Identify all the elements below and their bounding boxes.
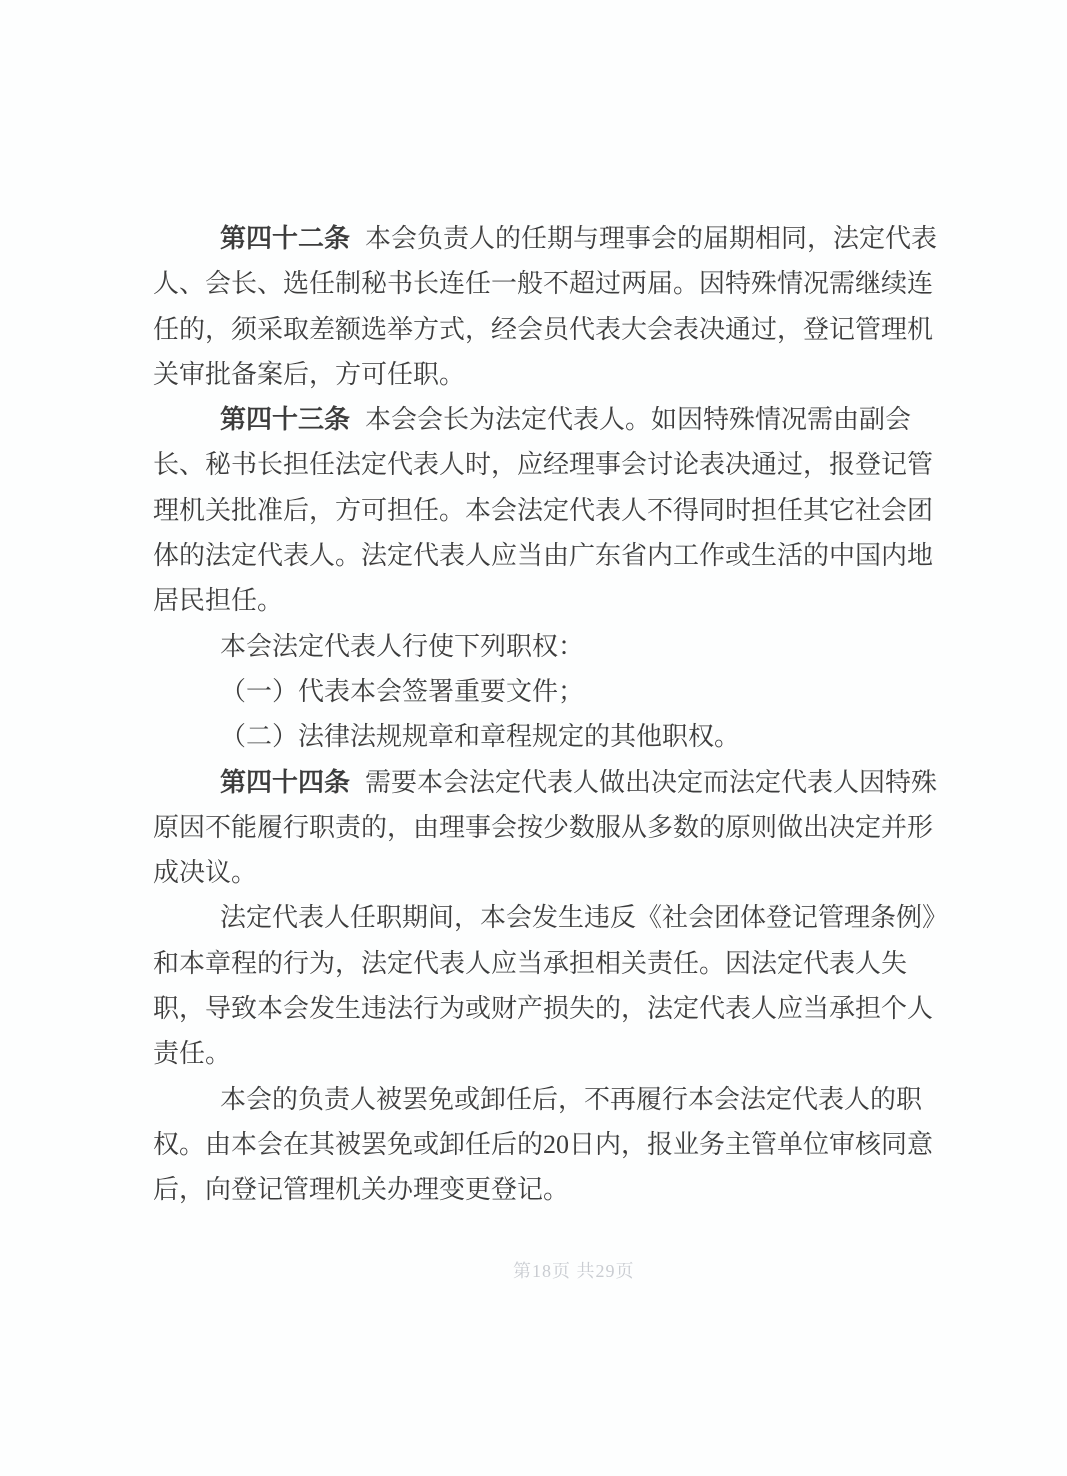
text-line: 职，导致本会发生违法行为或财产损失的，法定代表人应当承担个人 — [153, 986, 933, 1031]
text-line: 原因不能履行职责的，由理事会按少数服从多数的原则做出决定并形 — [153, 805, 933, 850]
page-footer: 第18页 共29页 — [513, 1259, 635, 1283]
article-number: 第四十四条 — [220, 768, 350, 797]
paragraph-removal: 本会的负责人被罢免或卸任后，不再履行本会法定代表人的职权。由本会在其被罢免或卸任… — [153, 1077, 933, 1213]
text-line: 第四十四条需要本会法定代表人做出决定而法定代表人因特殊 — [153, 760, 933, 805]
text-line: 责任。 — [153, 1031, 933, 1076]
document-body: 第四十二条本会负责人的任期与理事会的届期相同，法定代表人、会长、选任制秘书长连任… — [153, 216, 933, 1213]
text-line: 后，向登记管理机关办理变更登记。 — [153, 1167, 933, 1212]
paragraph-article-42: 第四十二条本会负责人的任期与理事会的届期相同，法定代表人、会长、选任制秘书长连任… — [153, 216, 933, 397]
text-line: 任的，须采取差额选举方式，经会员代表大会表决通过，登记管理机 — [153, 307, 933, 352]
page-number-label: 第18页 共29页 — [513, 1261, 635, 1281]
paragraph-powers-intro: 本会法定代表人行使下列职权： — [153, 624, 933, 669]
article-number: 第四十三条 — [220, 405, 350, 434]
text-line: 理机关批准后，方可担任。本会法定代表人不得同时担任其它社会团 — [153, 488, 933, 533]
text-line: 成决议。 — [153, 850, 933, 895]
text-line: 人、会长、选任制秘书长连任一般不超过两届。因特殊情况需继续连 — [153, 261, 933, 306]
paragraph-article-43: 第四十三条本会会长为法定代表人。如因特殊情况需由副会长、秘书长担任法定代表人时，… — [153, 397, 933, 623]
document-page: 第四十二条本会负责人的任期与理事会的届期相同，法定代表人、会长、选任制秘书长连任… — [0, 0, 1067, 1476]
text-line: 第四十三条本会会长为法定代表人。如因特殊情况需由副会 — [153, 397, 933, 442]
paragraph-power-item-1: （一）代表本会签署重要文件； — [153, 669, 933, 714]
text-line: 第四十二条本会负责人的任期与理事会的届期相同，法定代表 — [153, 216, 933, 261]
article-number: 第四十二条 — [220, 224, 350, 253]
text-line: （二）法律法规规章和章程规定的其他职权。 — [153, 714, 933, 759]
text-line: 法定代表人任职期间，本会发生违反《社会团体登记管理条例》 — [153, 895, 933, 940]
paragraph-liability: 法定代表人任职期间，本会发生违反《社会团体登记管理条例》和本章程的行为，法定代表… — [153, 895, 933, 1076]
text-line: 本会法定代表人行使下列职权： — [153, 624, 933, 669]
text-line: 权。由本会在其被罢免或卸任后的20日内，报业务主管单位审核同意 — [153, 1122, 933, 1167]
text-line: 长、秘书长担任法定代表人时，应经理事会讨论表决通过，报登记管 — [153, 442, 933, 487]
text-line: 居民担任。 — [153, 578, 933, 623]
text-line: 本会的负责人被罢免或卸任后，不再履行本会法定代表人的职 — [153, 1077, 933, 1122]
text-line: 体的法定代表人。法定代表人应当由广东省内工作或生活的中国内地 — [153, 533, 933, 578]
paragraph-article-44: 第四十四条需要本会法定代表人做出决定而法定代表人因特殊原因不能履行职责的，由理事… — [153, 760, 933, 896]
paragraph-power-item-2: （二）法律法规规章和章程规定的其他职权。 — [153, 714, 933, 759]
text-line: 和本章程的行为，法定代表人应当承担相关责任。因法定代表人失 — [153, 941, 933, 986]
text-line: 关审批备案后，方可任职。 — [153, 352, 933, 397]
text-line: （一）代表本会签署重要文件； — [153, 669, 933, 714]
